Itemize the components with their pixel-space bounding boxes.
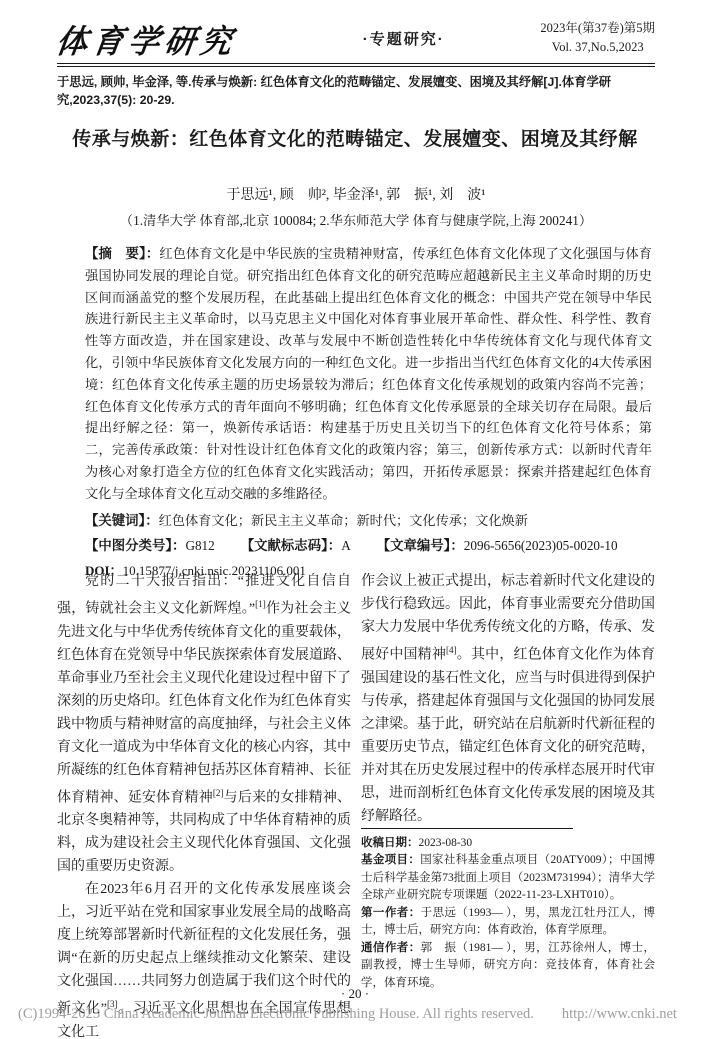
author-line: 于思远¹, 顾 帅², 毕金泽¹, 郭 振¹, 刘 波¹ [57,184,655,204]
received-date: 收稿日期：2023-08-30 [361,835,655,853]
issue-en: Vol. 37,No.5,2023 [540,38,655,57]
issue-info: 2023年(第37卷)第5期 Vol. 37,No.5,2023 [540,19,655,57]
journal-page: 体育学研究 ·专题研究· 2023年(第37卷)第5期 Vol. 37,No.5… [0,0,710,1039]
body-paragraph: 党的二十大报告指出：“推进文化自信自强，铸就社会主义文化新辉煌。”[1]作为社会… [57,570,351,878]
clc-label: 【中图分类号】： [85,538,185,553]
body-paragraph: 作会议上被正式提出，标志着新时代文化建设的步伐行稳致远。因此，体育事业需要充分借… [361,570,655,828]
page-number: · 20 · [0,986,710,1002]
page-header: 体育学研究 ·专题研究· 2023年(第37卷)第5期 Vol. 37,No.5… [57,14,655,62]
received-value: 2023-08-30 [419,837,473,849]
footnote-divider [361,828,573,829]
article-title: 传承与焕新：红色体育文化的范畴锚定、发展嬗变、困境及其纾解 [40,124,670,151]
first-author-note: 第一作者：于思远（1993— ），男，黑龙江牡丹江人，博士，博士后，研究方向：体… [361,905,655,940]
keywords: 【关键词】：红色体育文化；新民主主义革命；新时代；文化传承；文化焕新 [85,509,652,533]
corresponding-author-note: 通信作者：郭 振（1981— ），男，江苏徐州人，博士，副教授，博士生导师，研究… [361,940,655,993]
doc-code-label: 【文献标志码】： [241,538,341,553]
footnote-box: 收稿日期：2023-08-30 基金项目：国家社科基金重点项目（20ATY009… [361,828,655,993]
received-label: 收稿日期： [361,837,419,849]
issue-cn: 2023年(第37卷)第5期 [540,19,655,38]
copyright-text: (C)1994-2023 China Academic Journal Elec… [18,1006,534,1022]
article-id-label: 【文章编号】： [377,538,464,553]
affiliation-line: （1.清华大学 体育部,北京 100084; 2.华东师范大学 体育与健康学院,… [57,210,655,229]
doc-code-pair: 【文献标志码】：A [241,538,351,553]
abstract-text: 红色体育文化是中华民族的宝贵精神财富，传承红色体育文化体现了文化强国与体育强国协… [85,246,652,501]
header-divider [57,63,655,67]
body-columns: 党的二十大报告指出：“推进文化自信自强，铸就社会主义文化新辉煌。”[1]作为社会… [57,570,655,982]
doc-code-value: A [341,538,351,553]
corresponding-label: 通信作者： [361,942,421,954]
front-matter: 【摘 要】：红色体育文化是中华民族的宝贵精神财富，传承红色体育文化体现了文化强国… [85,243,652,583]
abstract: 【摘 要】：红色体育文化是中华民族的宝贵精神财富，传承红色体育文化体现了文化强国… [85,243,652,505]
keywords-text: 红色体育文化；新民主主义革命；新时代；文化传承；文化焕新 [159,513,528,528]
fund-label: 基金项目： [361,854,420,866]
column-label: ·专题研究· [363,28,445,49]
right-column: 作会议上被正式提出，标志着新时代文化建设的步伐行稳致远。因此，体育事业需要充分借… [361,570,655,982]
copyright-line: (C)1994-2023 China Academic Journal Elec… [18,1006,698,1023]
cnki-url: http://www.cnki.net [562,1006,677,1022]
keywords-label: 【关键词】： [85,513,159,528]
article-id-value: 2096-5656(2023)05-0020-10 [464,538,618,553]
article-id-pair: 【文章编号】：2096-5656(2023)05-0020-10 [377,538,618,553]
clc-pair: 【中图分类号】：G812 [85,538,215,553]
left-column: 党的二十大报告指出：“推进文化自信自强，铸就社会主义文化新辉煌。”[1]作为社会… [57,570,351,982]
right-column-text: 作会议上被正式提出，标志着新时代文化建设的步伐行稳致远。因此，体育事业需要充分借… [361,570,655,828]
first-author-label: 第一作者： [361,907,421,919]
abstract-label: 【摘 要】： [85,246,159,261]
classification-line: 【中图分类号】：G812【文献标志码】：A【文章编号】：2096-5656(20… [85,533,652,558]
journal-logo: 体育学研究 [54,15,241,62]
fund-project: 基金项目：国家社科基金重点项目（20ATY009）；中国博士后科学基金第73批面… [361,852,655,905]
citation-line: 于思远, 顾帅, 毕金泽, 等.传承与焕新: 红色体育文化的范畴锚定、发展嬗变、… [57,73,655,109]
clc-value: G812 [185,538,214,553]
